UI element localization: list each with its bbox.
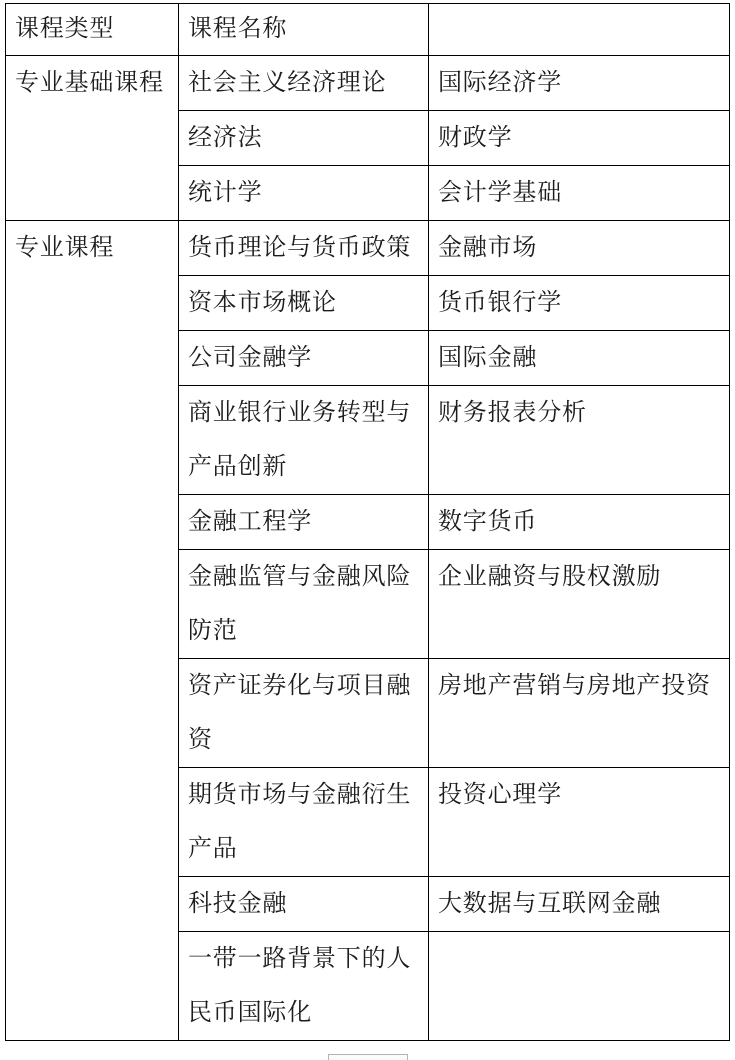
course-cell: 公司金融学 (179, 331, 429, 386)
course-cell: 期货市场与金融衍生 产品 (179, 768, 429, 877)
course-cell: 统计学 (179, 166, 429, 221)
course-cell: 企业融资与股权激励 (429, 550, 730, 659)
course-cell: 金融监管与金融风险 防范 (179, 550, 429, 659)
course-cell: 经济法 (179, 111, 429, 166)
course-table: 课程类型 课程名称 专业基础课程 社会主义经济理论 国际经济学 经济法 财政学 … (5, 3, 730, 1041)
course-cell: 金融市场 (429, 221, 730, 276)
course-cell: 科技金融 (179, 877, 429, 932)
course-cell: 金融工程学 (179, 495, 429, 550)
cutoff-shape-artifact (328, 1054, 408, 1060)
header-row: 课程类型 课程名称 (6, 4, 730, 56)
course-cell (429, 932, 730, 1041)
course-cell: 国际金融 (429, 331, 730, 386)
course-cell: 资本市场概论 (179, 276, 429, 331)
course-cell: 数字货币 (429, 495, 730, 550)
course-cell: 国际经济学 (429, 56, 730, 111)
header-course-type: 课程类型 (6, 4, 179, 56)
course-type-group-cell: 专业课程 (6, 221, 179, 1041)
course-type-group-cell: 专业基础课程 (6, 56, 179, 221)
table-row: 专业基础课程 社会主义经济理论 国际经济学 (6, 56, 730, 111)
course-cell: 财务报表分析 (429, 386, 730, 495)
course-cell: 商业银行业务转型与 产品创新 (179, 386, 429, 495)
course-cell: 投资心理学 (429, 768, 730, 877)
course-cell: 社会主义经济理论 (179, 56, 429, 111)
course-cell: 财政学 (429, 111, 730, 166)
course-cell: 一带一路背景下的人 民币国际化 (179, 932, 429, 1041)
header-course-name: 课程名称 (179, 4, 429, 56)
table-row: 专业课程 货币理论与货币政策 金融市场 (6, 221, 730, 276)
course-cell: 大数据与互联网金融 (429, 877, 730, 932)
course-cell: 房地产营销与房地产投资 (429, 659, 730, 768)
course-cell: 货币理论与货币政策 (179, 221, 429, 276)
course-cell: 资产证券化与项目融 资 (179, 659, 429, 768)
header-blank (429, 4, 730, 56)
course-cell: 会计学基础 (429, 166, 730, 221)
course-cell: 货币银行学 (429, 276, 730, 331)
